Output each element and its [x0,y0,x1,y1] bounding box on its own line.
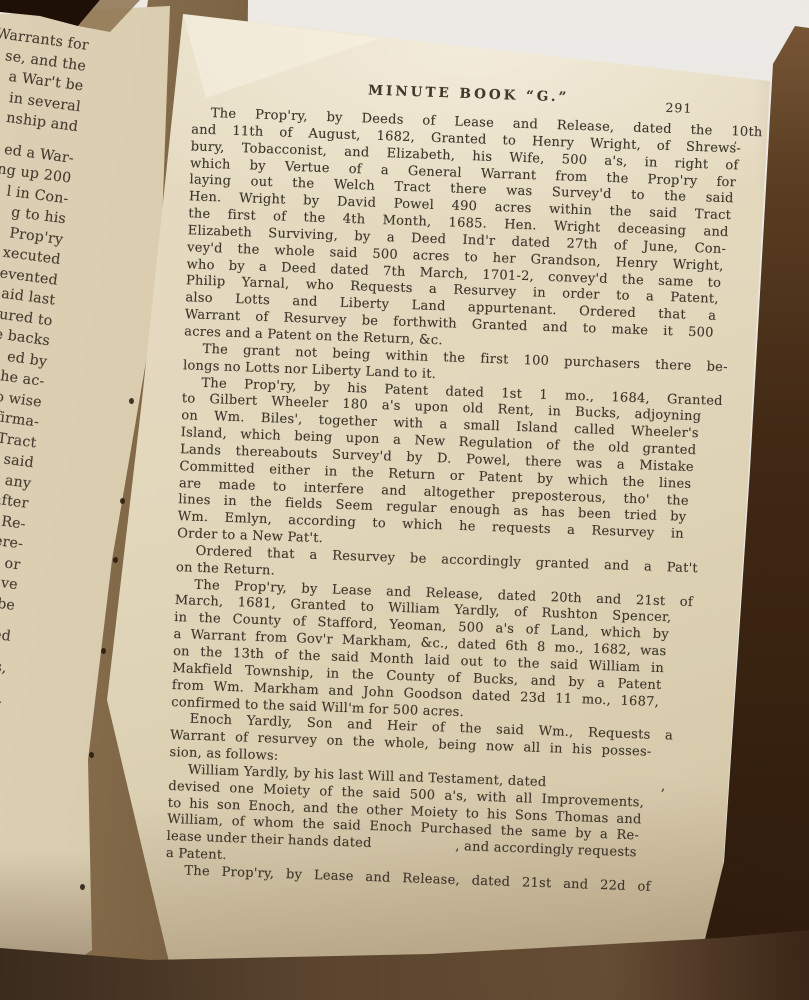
stitch-dot [89,752,94,758]
book-photo: Warrants forse, and thea War't bein seve… [0,0,809,1000]
binding-stitch-dots [0,0,809,1000]
stitch-dot [113,557,118,563]
stitch-dot [120,498,125,504]
stitch-dot [80,884,85,890]
stitch-dot [101,648,106,654]
stitch-dot [129,398,134,404]
